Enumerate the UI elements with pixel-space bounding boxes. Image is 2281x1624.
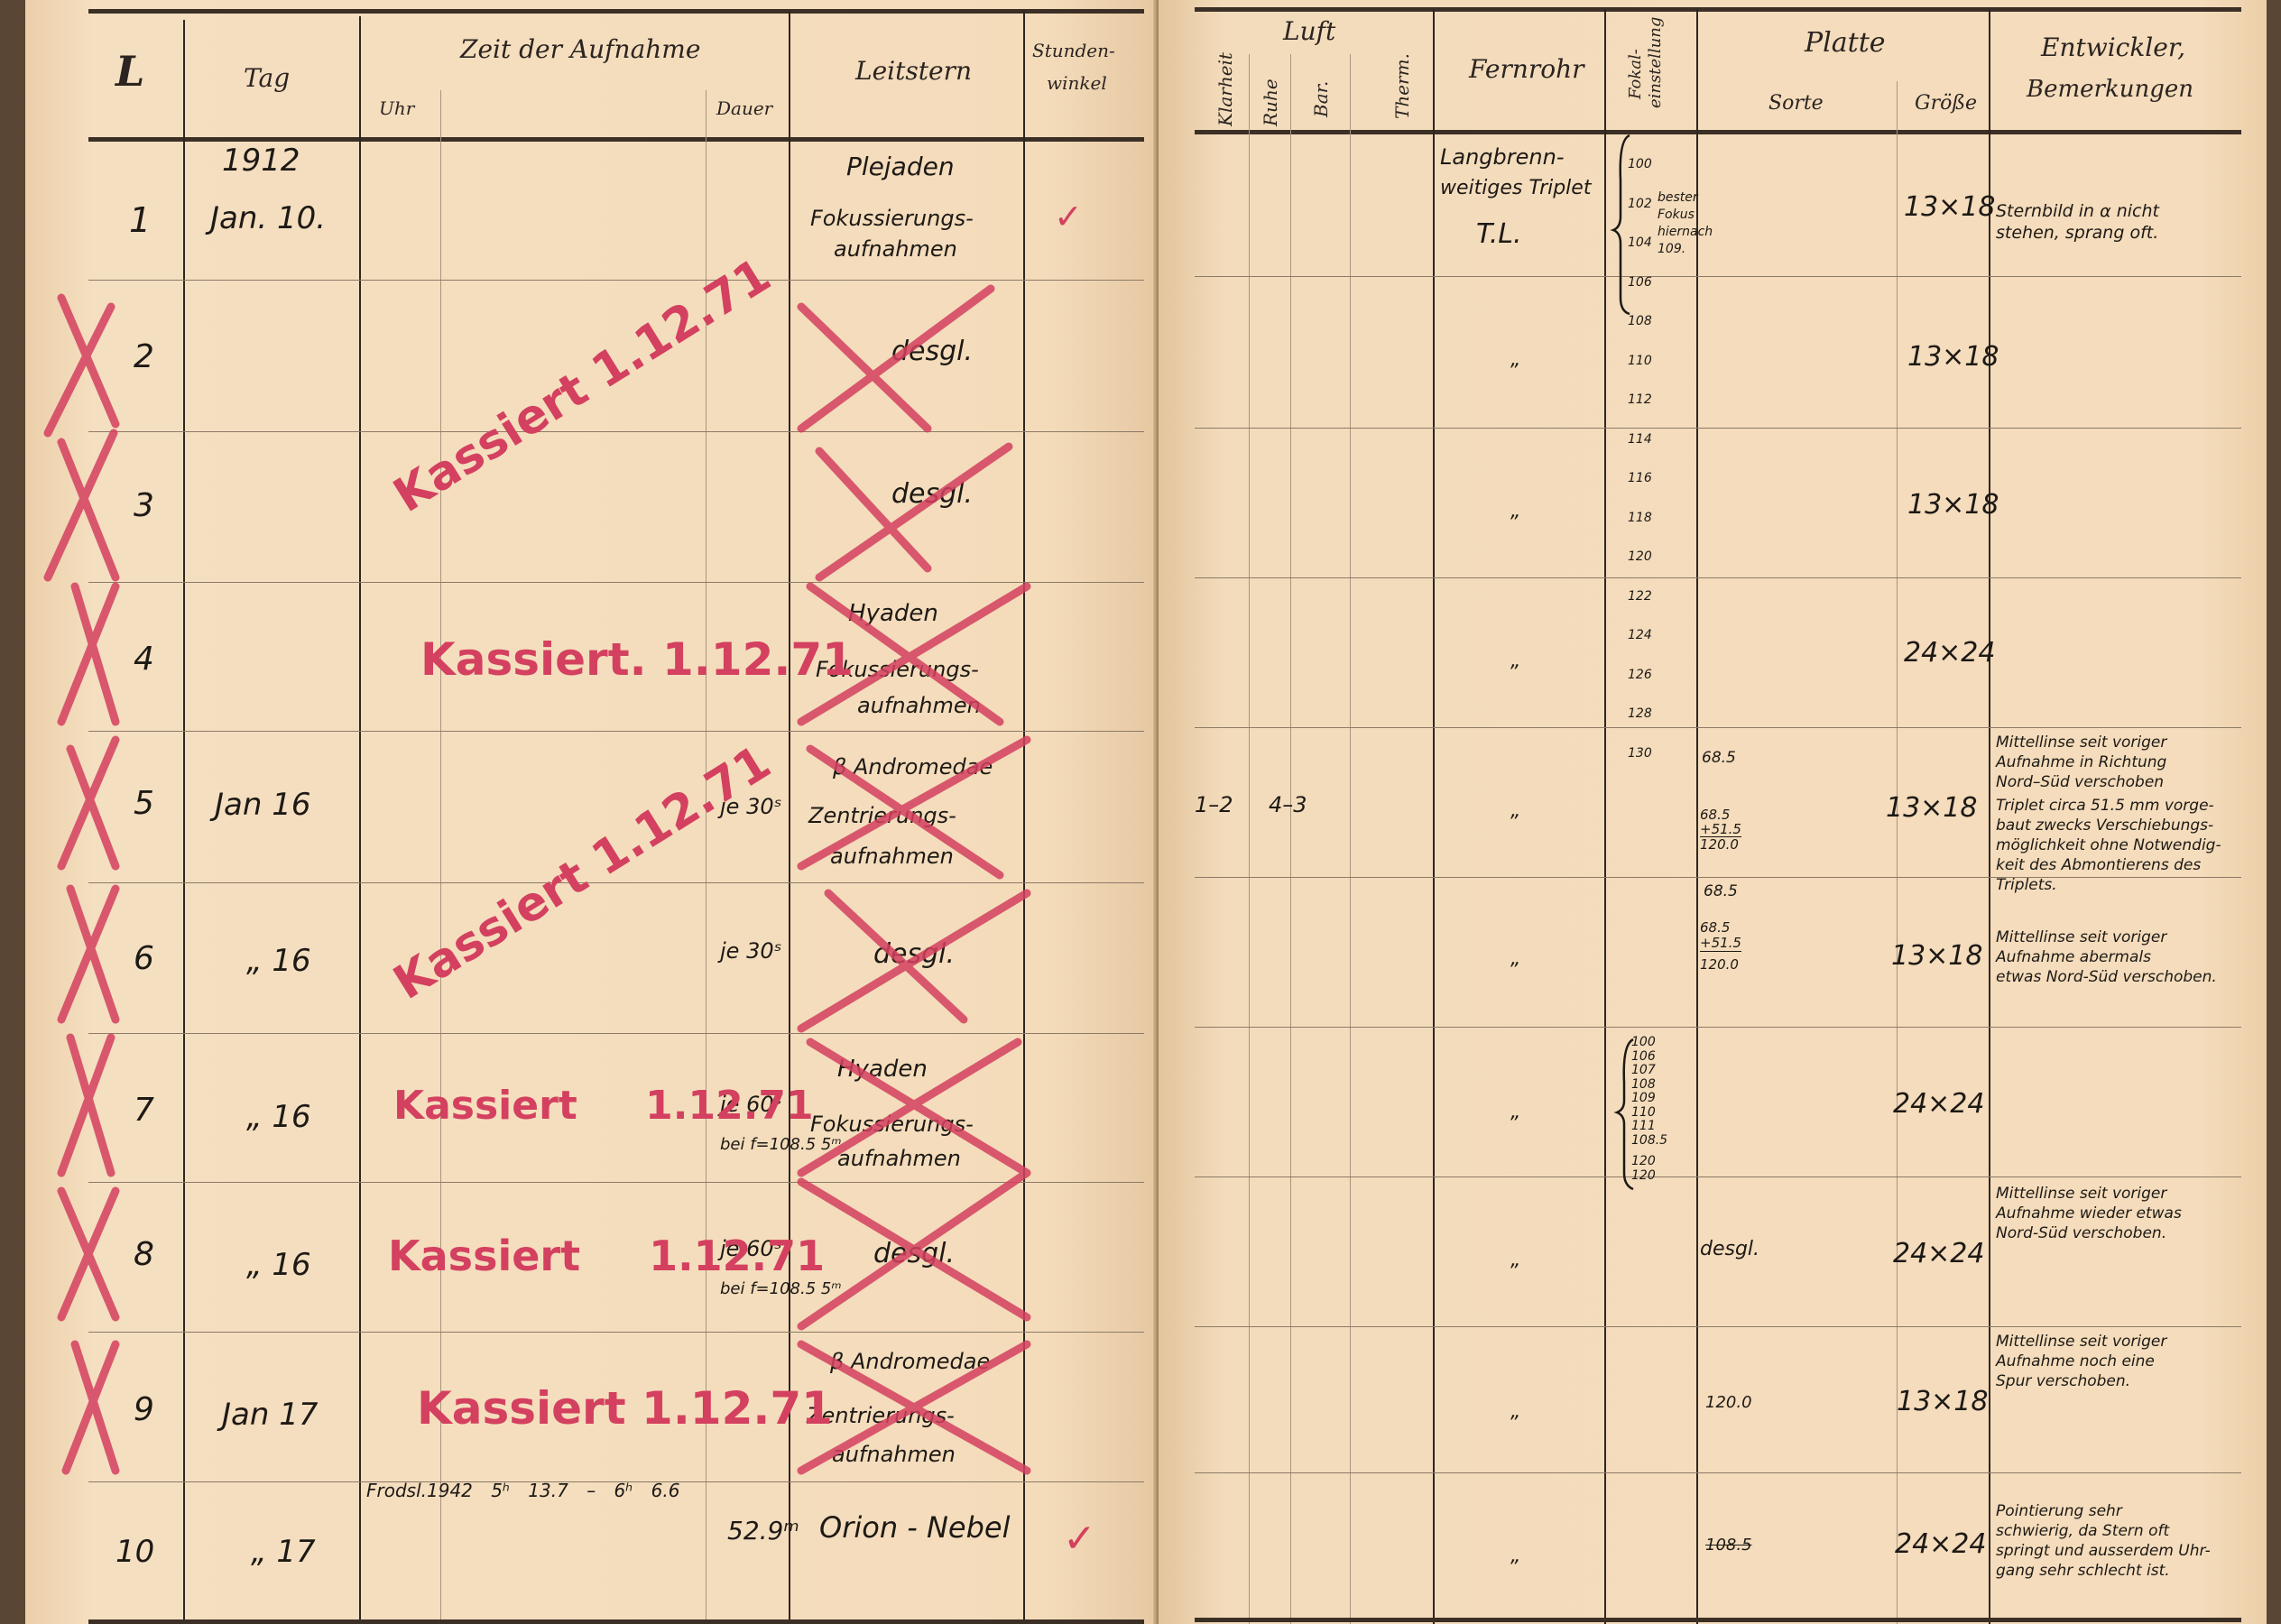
right-page: Luft Klarheit Ruhe Bar. Therm. Fernrohr … xyxy=(1159,0,2267,1624)
left-page: L Tag Zeit der Aufnahme Uhr Dauer Leitst… xyxy=(25,0,1159,1624)
brace-icon xyxy=(1159,0,2267,1624)
red-crossout-icon xyxy=(25,0,1159,1624)
